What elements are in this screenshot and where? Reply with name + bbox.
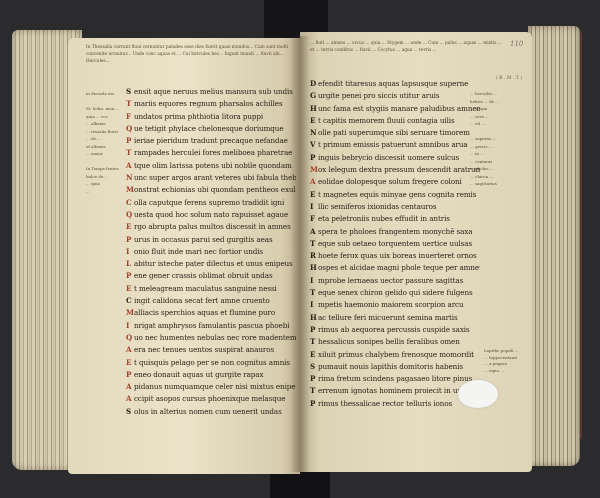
verse-initial: E — [310, 189, 318, 201]
verse-initial: I — [126, 246, 134, 258]
verse-line: Prima fretum scindens pagasaeo litore pi… — [310, 373, 480, 385]
verse-initial: H — [310, 262, 318, 274]
verse-text: pidanus numquamque celer nisi mixtus eni… — [134, 381, 296, 393]
verse-text: ospes et alcidae magni phole teque per a… — [318, 262, 480, 274]
verse-text: eneo donauit aquas ut gurgite rapax — [134, 369, 263, 381]
verse-initial: P — [126, 135, 134, 147]
verse-text: unc fama est stygiis manare paludibus am… — [318, 103, 480, 115]
verse-text: mpetis haemonio maiorem scorpion arcu — [318, 299, 464, 311]
left-verse-column: Sensit aque neruus melius mansura sub un… — [126, 86, 296, 418]
verse-line: Pinguis bebrycio discessit uomere sulcus — [310, 152, 480, 164]
verse-initial: S — [126, 406, 134, 418]
verse-line: Nunc super argos arant veteres ubi fabul… — [126, 172, 296, 184]
verse-line: Purus in occasus parui sed gurgitis aeas — [126, 234, 296, 246]
verse-text: hoete ferox quas uix boreas inuerteret o… — [318, 250, 477, 262]
verse-initial: T — [126, 98, 134, 110]
verse-text: abitur isteche pater dilectus et unus en… — [134, 258, 293, 270]
verse-text: ensit aque neruus melius mansura sub und… — [134, 86, 293, 98]
verse-line: Solus in alterius nomen cum uenerit unda… — [126, 406, 296, 418]
verse-text: rima fretum scindens pagasaeo litore pin… — [318, 373, 472, 385]
verse-line: Tmariis equores regnum pharsalos achille… — [126, 98, 296, 110]
verse-line: Thessalicus sonipes bellis feralibus ome… — [310, 336, 480, 348]
verse-line: Aspera te pholoes frangentem monychē sax… — [310, 226, 480, 238]
verse-line: Improbe lernaeas uector passure sagittas — [310, 275, 480, 287]
verse-initial: P — [310, 373, 318, 385]
verse-text: ue tetigit phylace chelonesque doriumque — [134, 123, 283, 135]
verse-text: urus in occasus parui sed gurgitis aeas — [134, 234, 273, 246]
verse-text: rampades herculei fores meliboea pharetr… — [134, 147, 292, 159]
verse-text: uesta quod hoc solum nato rapuisset agau… — [134, 209, 288, 221]
verse-initial: C — [126, 197, 134, 209]
verse-line: Hospes et alcidae magni phole teque per … — [310, 262, 480, 274]
verse-line: Inrigat amphrysos famulantis pascua phoe… — [126, 320, 296, 332]
verse-initial: E — [126, 221, 134, 233]
verse-line: Hac tellure feri micuerunt semina martis — [310, 312, 480, 324]
verse-initial: A — [126, 393, 134, 405]
verse-line: Monstrat echionias ubi quondam pentheos … — [126, 184, 296, 196]
verse-initial: H — [310, 103, 318, 115]
verse-line: Ergo abrupta palus multos discessit in a… — [126, 221, 296, 233]
folio-number: 110 — [510, 40, 523, 48]
verse-line: Fundatos prima phthiotia litora puppi — [126, 111, 296, 123]
verse-line: Vt primum emissis patuerunt amnibus arua — [310, 139, 480, 151]
verse-initial: R — [310, 250, 318, 262]
verse-line: Illic semiferos ixionidas centauros — [310, 201, 480, 213]
verse-line: Teque sub oetaeo torquentem uertice uuls… — [310, 238, 480, 250]
verse-line: Atque olim larissa potens ubi nobile quo… — [126, 160, 296, 172]
verse-text: hessalicus sonipes bellis feralibus omen — [318, 336, 460, 348]
verse-initial: E — [310, 115, 318, 127]
verse-line: Hunc fama est stygiis manare paludibus a… — [310, 103, 480, 115]
parchment-hole — [458, 380, 498, 408]
verse-initial: P — [126, 369, 134, 381]
verse-initial: Q — [126, 209, 134, 221]
verse-text: efendit titaresus aquas lapsusque supern… — [318, 78, 468, 90]
verse-line: Mox lelegum dextra pressum descendit ara… — [310, 164, 480, 176]
verse-text: olus in alterius nomen cum uenerit undas — [134, 406, 282, 418]
verse-initial: I — [310, 299, 318, 311]
verse-initial: N — [310, 127, 318, 139]
verse-initial: M — [126, 184, 134, 196]
left-top-gloss: In Thessalia currunt fluui cernuntur pal… — [86, 44, 294, 84]
right-fore-edge — [528, 26, 580, 466]
verse-initial: E — [310, 349, 318, 361]
verse-initial: I — [310, 275, 318, 287]
verse-text: onio fluit inde mari nec fortior undis — [134, 246, 263, 258]
verse-line: Que tetigit phylace chelonesque doriumqu… — [126, 123, 296, 135]
verse-line: Quo nec humentes nebulas nec rore madent… — [126, 332, 296, 344]
verse-initial: P — [310, 324, 318, 336]
verse-text: pumauit nouis lapithis domitoris habenis — [318, 361, 463, 373]
verse-initial: T — [310, 385, 318, 397]
verse-line: Et quisquis pelago per se non cognitus a… — [126, 357, 296, 369]
verse-line: Pene gener crassis oblimat obruit undas — [126, 270, 296, 282]
verse-text: ingit calidona secat fert amne cruento — [134, 295, 270, 307]
verse-initial: S — [126, 86, 134, 98]
verse-initial: M — [126, 307, 134, 319]
verse-line: Nolle pati superumque sibi seruare timor… — [310, 127, 480, 139]
verse-text: unc super argos arant veteres ubi fabula… — [134, 172, 296, 184]
verse-initial: C — [126, 295, 134, 307]
verse-line: Et magnetes equis minyae gens cognita re… — [310, 189, 480, 201]
verse-text: inguis bebrycio discessit uomere sulcus — [318, 152, 459, 164]
right-tab-label: ( R . M . T ) — [496, 76, 522, 81]
verse-initial: T — [310, 336, 318, 348]
verse-line: Impetis haemonio maiorem scorpion arcu — [310, 299, 480, 311]
verse-text: mprobe lernaeas uector passure sagittas — [318, 275, 463, 287]
verse-initial: E — [126, 357, 134, 369]
verse-text: undatos prima phthiotia litora puppi — [134, 111, 263, 123]
verse-line: Sensit aque neruus melius mansura sub un… — [126, 86, 296, 98]
verse-initial: A — [310, 176, 318, 188]
verse-line: Colla caputque ferens supremo tradidit i… — [126, 197, 296, 209]
verse-initial: P — [310, 398, 318, 410]
verse-line: Pieriae pieridum tradunt precaque nefand… — [126, 135, 296, 147]
verse-initial: D — [310, 78, 318, 90]
verse-line: Spumauit nouis lapithis domitoris habeni… — [310, 361, 480, 373]
verse-line: Gurgite penei pro siccis utitur aruis — [310, 90, 480, 102]
verse-text: errenum ignotas hominem proiecit in unda… — [318, 385, 474, 397]
verse-text: rimus ab aequorea percussis cuspide saxi… — [318, 324, 470, 336]
verse-line: Rhoete ferox quas uix boreas inuerteret … — [310, 250, 480, 262]
verse-initial: L — [126, 258, 134, 270]
verse-text: ene gener crassis oblimat obruit undas — [134, 270, 273, 282]
verse-text: t magnetes equis minyae gens cognita rem… — [318, 189, 476, 201]
verse-initial: T — [126, 147, 134, 159]
verse-line: Primus thessalicae rector telluris ionos — [310, 398, 480, 410]
verse-text: tque olim larissa potens ubi nobile quon… — [134, 160, 292, 172]
verse-line: Teque senex chiron gelido qui sidere ful… — [310, 287, 480, 299]
verse-initial: Q — [126, 332, 134, 344]
verse-text: alliacis sperchios aquas et flumine puro — [134, 307, 275, 319]
verse-line: Labitur isteche pater dilectus et unus e… — [126, 258, 296, 270]
verse-initial: V — [310, 139, 318, 151]
verse-text: uo nec humentes nebulas nec rore madente… — [134, 332, 296, 344]
verse-text: rimus thessalicae rector telluris ionos — [318, 398, 452, 410]
verse-initial: N — [126, 172, 134, 184]
verse-line: Et capitis memorem fluuii contagia uilis — [310, 115, 480, 127]
verse-line: Peneo donauit aquas ut gurgite rapax — [126, 369, 296, 381]
verse-line: Questa quod hoc solum nato rapuisset aga… — [126, 209, 296, 221]
verse-line: Apidanus numquamque celer nisi mixtus en… — [126, 381, 296, 393]
verse-line: Ionio fluit inde mari nec fortior undis — [126, 246, 296, 258]
verse-line: Feta peletroniis nubes effudit in antris — [310, 213, 480, 225]
verse-initial: F — [310, 213, 318, 225]
verse-text: spera te pholoes frangentem monychē saxa — [318, 226, 472, 238]
verse-line: Malliacis sperchios aquas et flumine pur… — [126, 307, 296, 319]
verse-line: Primus ab aequorea percussis cuspide sax… — [310, 324, 480, 336]
verse-line: Cingit calidona secat fert amne cruento — [126, 295, 296, 307]
right-top-gloss: ... fluit ... amnes ... orcus ... quia .… — [310, 40, 506, 74]
verse-text: ac tellure feri micuerunt semina martis — [318, 312, 458, 324]
verse-initial: M — [310, 164, 318, 176]
verse-text: rgo abrupta palus multos discessit in am… — [134, 221, 291, 233]
verse-text: olla caputque ferens supremo tradidit ig… — [134, 197, 284, 209]
verse-text: t meleagream maculatus sanguine nessi — [134, 283, 277, 295]
verse-text: era nec tenues uentos suspirat anauros — [134, 344, 274, 356]
verse-initial: I — [126, 320, 134, 332]
verse-text: olle pati superumque sibi seruare timore… — [318, 127, 470, 139]
verse-text: eque sub oetaeo torquentem uertice uulsa… — [318, 238, 472, 250]
right-verse-column: Defendit titaresus aquas lapsusque super… — [310, 78, 480, 410]
verse-initial: H — [310, 312, 318, 324]
verse-line: Accipit asopos cursus phoenixque melasqu… — [126, 393, 296, 405]
verse-text: ccipit asopos cursus phoenixque melasque — [134, 393, 285, 405]
verse-line: Aera nec tenues uentos suspirat anauros — [126, 344, 296, 356]
verse-initial: P — [126, 234, 134, 246]
verse-text: ox lelegum dextra pressum descendit arat… — [318, 164, 480, 176]
verse-text: llic semiferos ixionidas centauros — [318, 201, 436, 213]
verse-text: onstrat echionias ubi quondam pentheos e… — [134, 184, 296, 196]
verse-line: Et meleagream maculatus sanguine nessi — [126, 283, 296, 295]
verse-line: Trampades herculei fores meliboea pharet… — [126, 147, 296, 159]
verse-initial: E — [126, 283, 134, 295]
verse-initial: P — [310, 152, 318, 164]
verse-text: xiluit primus chalybem frenosque momordi… — [318, 349, 474, 361]
verse-text: ieriae pieridum tradunt precaque nefanda… — [134, 135, 288, 147]
verse-initial: F — [126, 111, 134, 123]
verse-line: Defendit titaresus aquas lapsusque super… — [310, 78, 480, 90]
verse-initial: Q — [126, 123, 134, 135]
verse-text: eolidae dolopesque solum fregere coloni — [318, 176, 462, 188]
verse-text: t quisquis pelago per se non cognitus am… — [134, 357, 290, 369]
verse-line: Aeolidae dolopesque solum fregere coloni — [310, 176, 480, 188]
right-margin-gloss-lower: Lapithe populi ... ... hippocentauri ...… — [484, 348, 530, 388]
verse-line: Exiluit primus chalybem frenosque momord… — [310, 349, 480, 361]
verse-initial: G — [310, 90, 318, 102]
verse-text: eta peletroniis nubes effudit in antris — [318, 213, 450, 225]
verse-text: t primum emissis patuerunt amnibus arua — [318, 139, 468, 151]
verse-text: urgite penei pro siccis utitur aruis — [318, 90, 439, 102]
verse-initial: A — [126, 344, 134, 356]
verse-initial: A — [126, 160, 134, 172]
verse-text: mariis equores regnum pharsalos achilles — [134, 98, 283, 110]
verse-text: eque senex chiron gelido qui sidere fulg… — [318, 287, 473, 299]
verse-initial: T — [310, 238, 318, 250]
verse-initial: I — [310, 201, 318, 213]
verse-initial: A — [310, 226, 318, 238]
verse-initial: S — [310, 361, 318, 373]
verse-line: Terrenum ignotas hominem proiecit in und… — [310, 385, 480, 397]
verse-initial: T — [310, 287, 318, 299]
verse-initial: A — [126, 381, 134, 393]
verse-text: t capitis memorem fluuii contagia uilis — [318, 115, 455, 127]
verse-text: nrigat amphrysos famulantis pascua phoeb… — [134, 320, 289, 332]
verse-initial: P — [126, 270, 134, 282]
